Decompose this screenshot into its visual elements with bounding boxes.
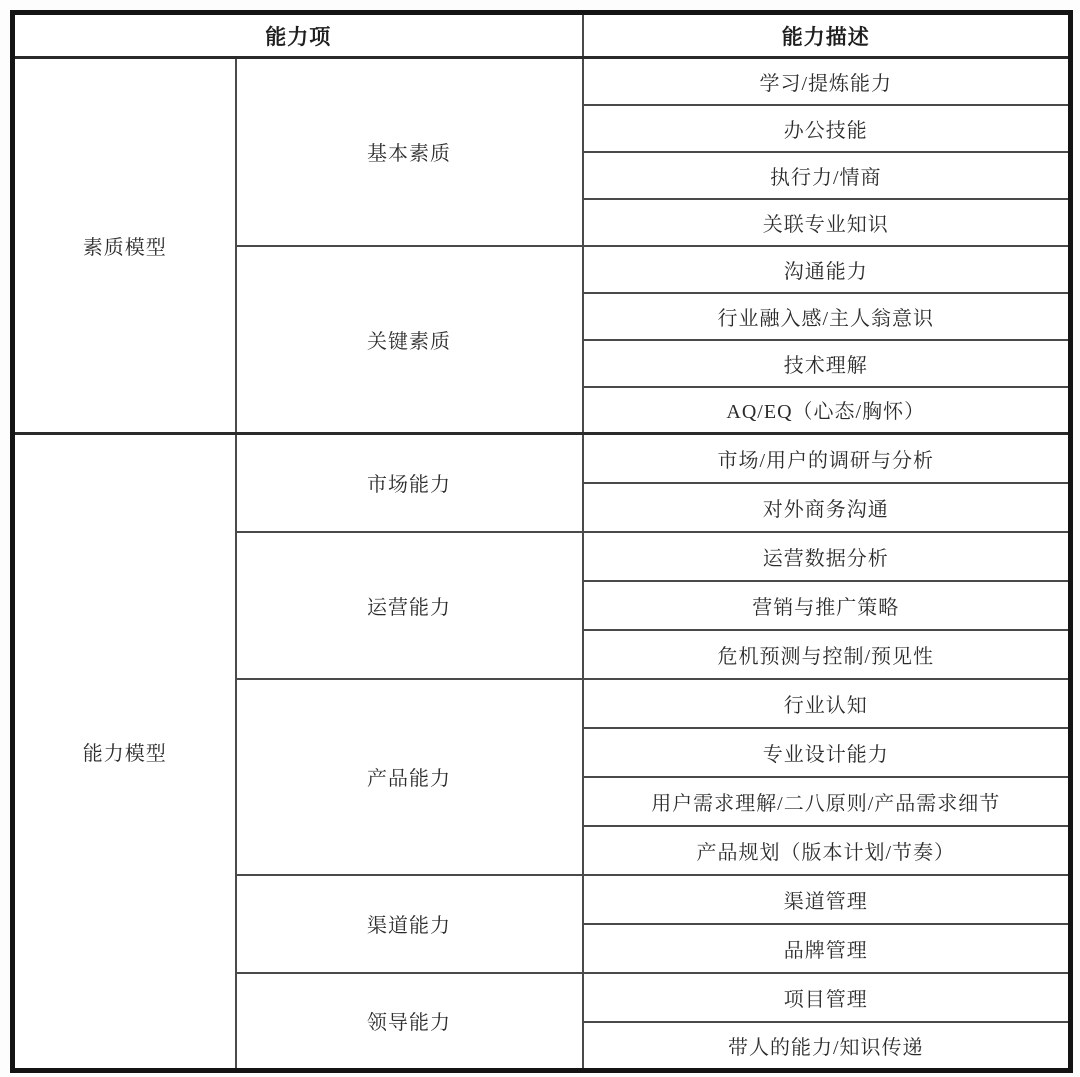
item-cell: 产品规划（版本计划/节奏） [583,826,1071,875]
competency-model-table: 能力项 能力描述 素质模型 基本素质 学习/提炼能力 办公技能 执行力/情商 关… [10,10,1073,1073]
table-row: 素质模型 基本素质 学习/提炼能力 [13,58,1071,105]
page: 能力项 能力描述 素质模型 基本素质 学习/提炼能力 办公技能 执行力/情商 关… [0,0,1080,1077]
item-cell: 关联专业知识 [583,199,1071,246]
item-cell: 技术理解 [583,340,1071,387]
item-cell: 专业设计能力 [583,728,1071,777]
item-cell: 项目管理 [583,973,1071,1022]
item-cell: 带人的能力/知识传递 [583,1022,1071,1071]
column-header-capability-item: 能力项 [13,13,583,58]
column-header-capability-description: 能力描述 [583,13,1071,58]
item-cell: 危机预测与控制/预见性 [583,630,1071,679]
group-cell-key-quality: 关键素质 [236,246,583,434]
group-cell-leadership-ability: 领导能力 [236,973,583,1071]
table-row: 能力模型 市场能力 市场/用户的调研与分析 [13,434,1071,483]
item-cell: 渠道管理 [583,875,1071,924]
item-cell: 沟通能力 [583,246,1071,293]
item-cell: 对外商务沟通 [583,483,1071,532]
item-cell: 执行力/情商 [583,152,1071,199]
item-cell: 营销与推广策略 [583,581,1071,630]
group-cell-channel-ability: 渠道能力 [236,875,583,973]
item-cell: 运营数据分析 [583,532,1071,581]
group-cell-operation-ability: 运营能力 [236,532,583,679]
category-cell-quality-model: 素质模型 [13,58,236,434]
item-cell: 市场/用户的调研与分析 [583,434,1071,483]
item-cell: 品牌管理 [583,924,1071,973]
item-cell: 行业认知 [583,679,1071,728]
category-cell-ability-model: 能力模型 [13,434,236,1071]
group-cell-market-ability: 市场能力 [236,434,583,532]
group-cell-basic-quality: 基本素质 [236,58,583,246]
item-cell: 用户需求理解/二八原则/产品需求细节 [583,777,1071,826]
group-cell-product-ability: 产品能力 [236,679,583,875]
item-cell: 行业融入感/主人翁意识 [583,293,1071,340]
item-cell: AQ/EQ（心态/胸怀） [583,387,1071,434]
item-cell: 学习/提炼能力 [583,58,1071,105]
table-header-row: 能力项 能力描述 [13,13,1071,58]
item-cell: 办公技能 [583,105,1071,152]
